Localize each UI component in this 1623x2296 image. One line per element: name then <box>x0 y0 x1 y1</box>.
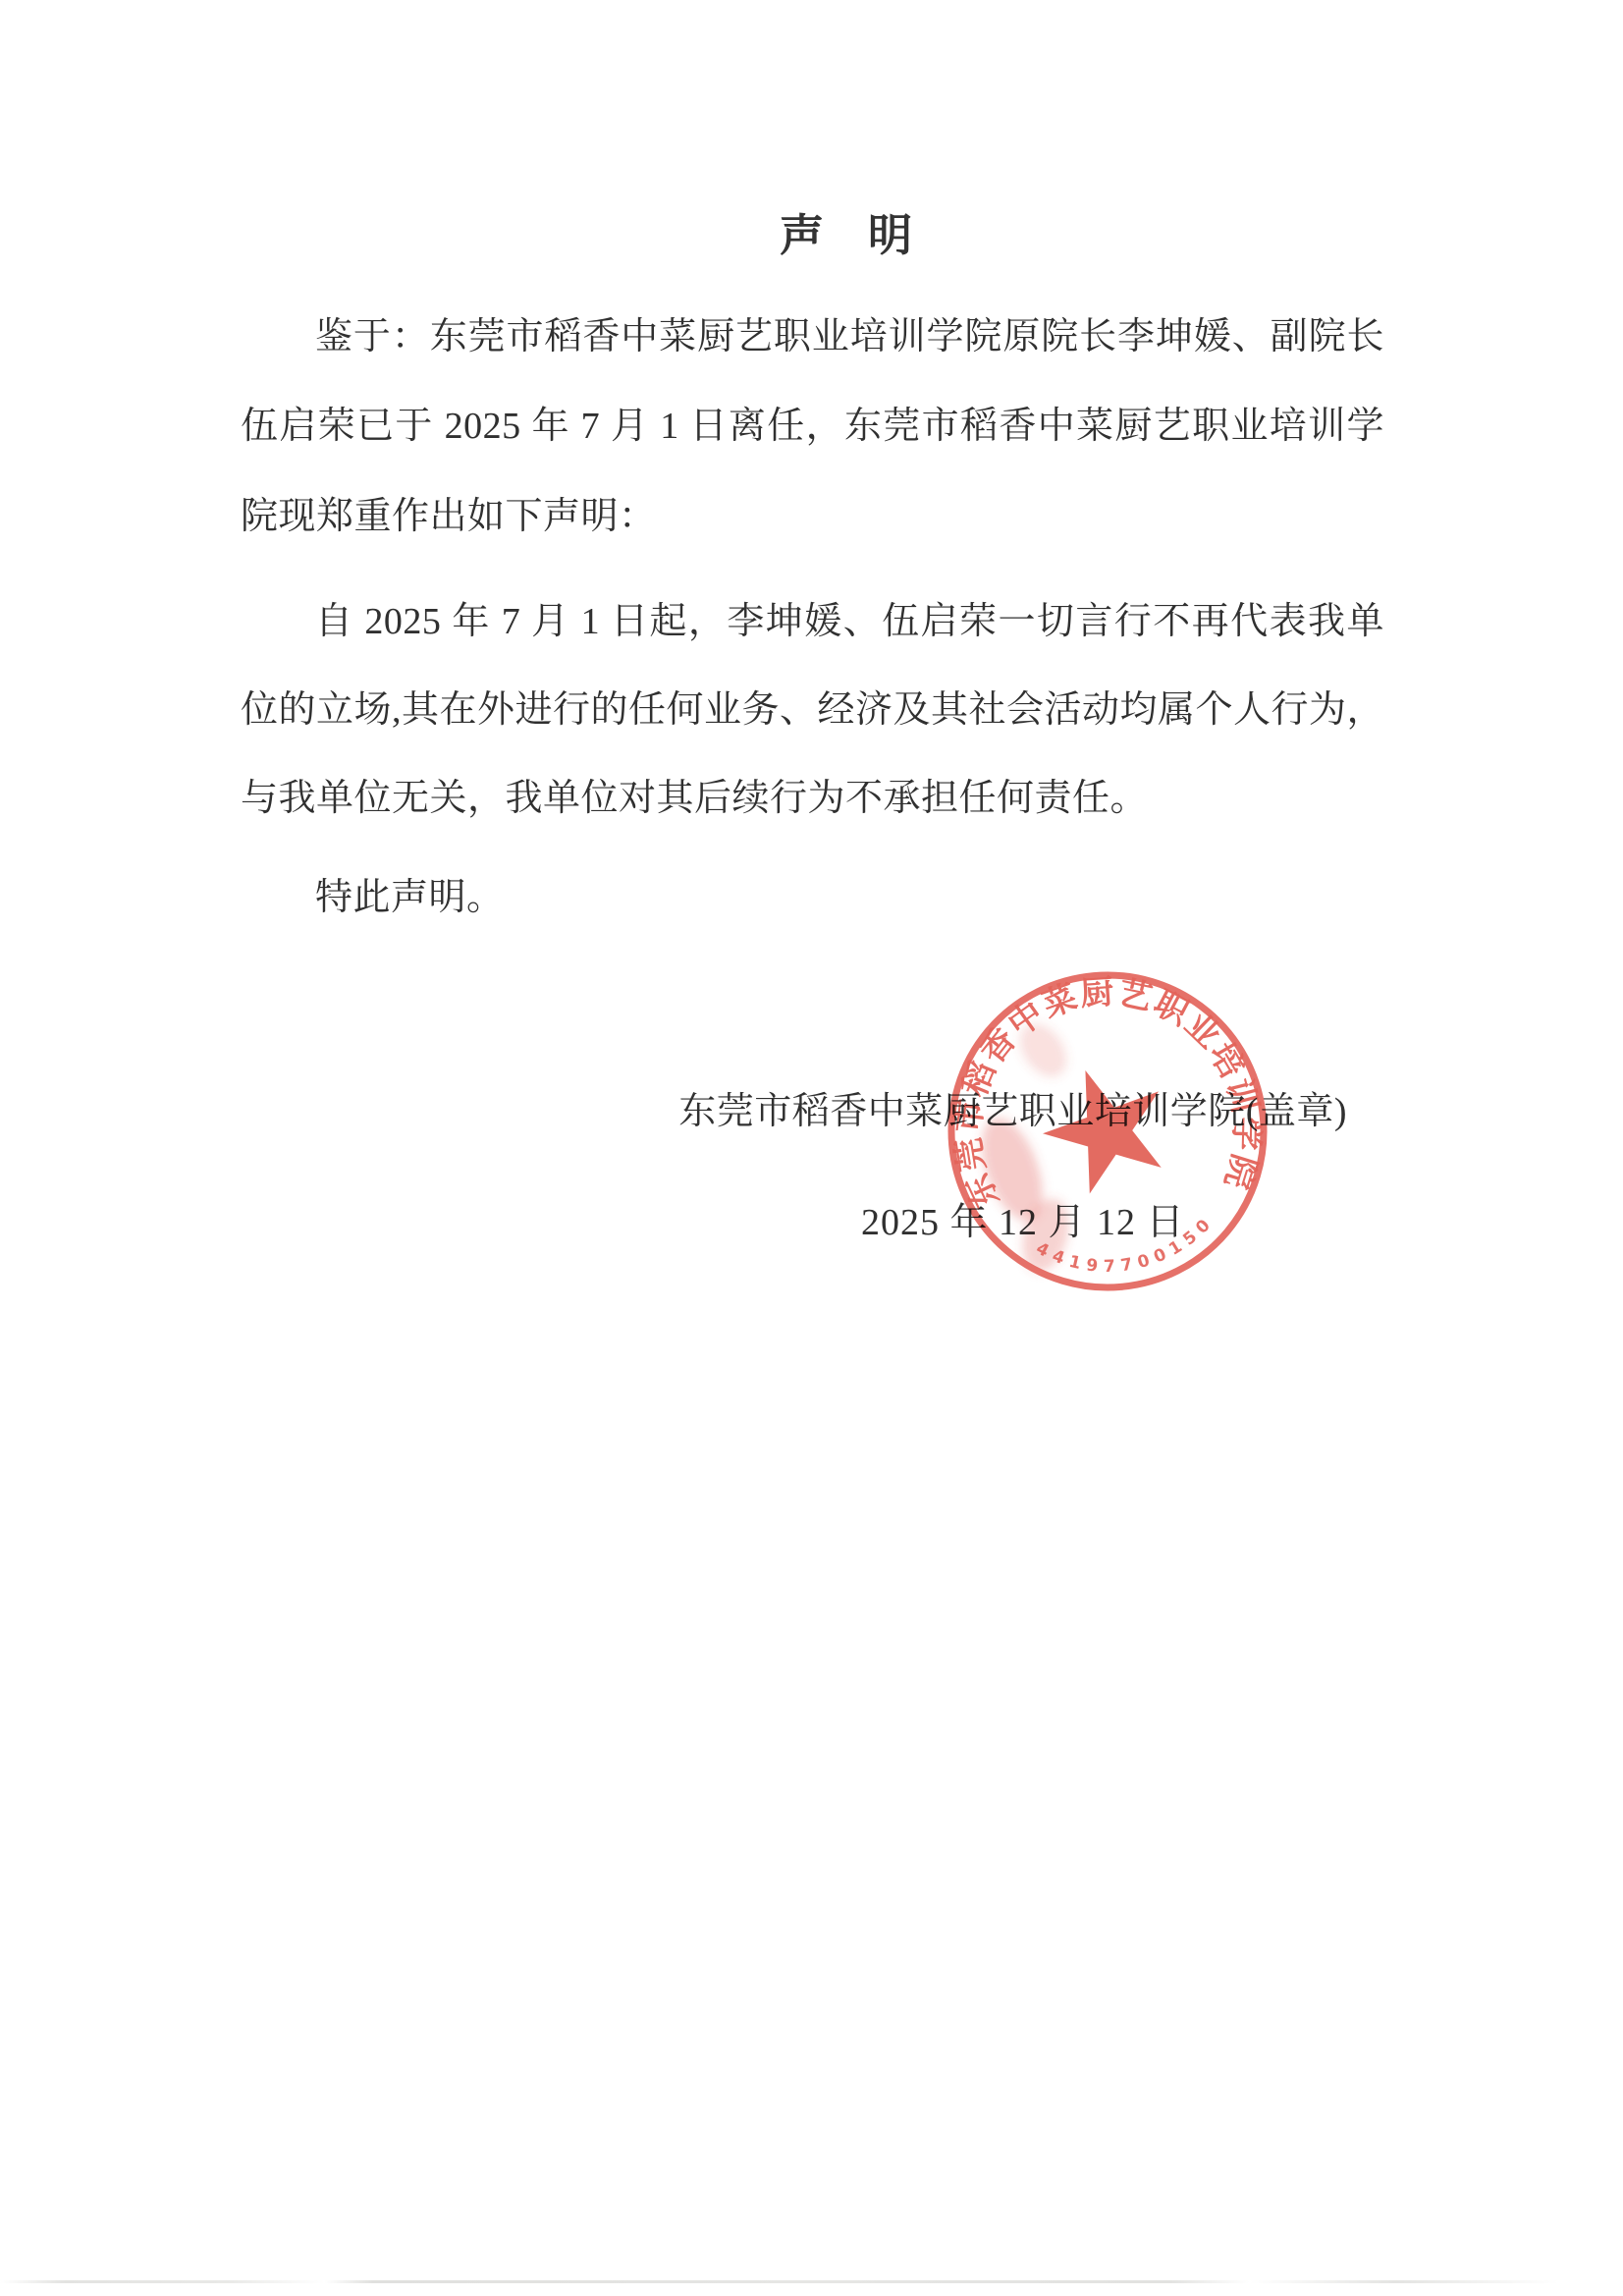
scan-edge-artifact <box>0 2280 1623 2283</box>
body-line-3: 院现郑重作出如下声明： <box>241 494 1384 539</box>
body-line-1: 鉴于：东莞市稻香中菜厨艺职业培训学院原院长李坤媛、副院长 <box>241 314 1384 359</box>
body-line-4: 自 2025 年 7 月 1 日起，李坤媛、伍启荣一切言行不再代表我单 <box>241 599 1384 644</box>
closing-statement: 特此声明。 <box>241 875 1384 920</box>
body-line-6: 与我单位无关，我单位对其后续行为不承担任何责任。 <box>241 776 1384 821</box>
official-seal-stamp: 东莞市稻香中菜厨艺职业培训学院 4419770015065 <box>911 935 1304 1328</box>
body-line-2: 伍启荣已于 2025 年 7 月 1 日离任，东莞市稻香中菜厨艺职业培训学 <box>241 404 1384 449</box>
document-title: 声 明 <box>241 199 1384 263</box>
svg-text:东莞市稻香中菜厨艺职业培训学院: 东莞市稻香中菜厨艺职业培训学院 <box>937 960 1271 1221</box>
stamp-ring-text: 东莞市稻香中菜厨艺职业培训学院 <box>937 960 1271 1221</box>
body-line-5: 位的立场,其在外进行的任何业务、经济及其社会活动均属个人行为， <box>241 687 1384 733</box>
declaration-document-page: 声 明 鉴于：东莞市稻香中菜厨艺职业培训学院原院长李坤媛、副院长 伍启荣已于 2… <box>0 0 1623 2296</box>
